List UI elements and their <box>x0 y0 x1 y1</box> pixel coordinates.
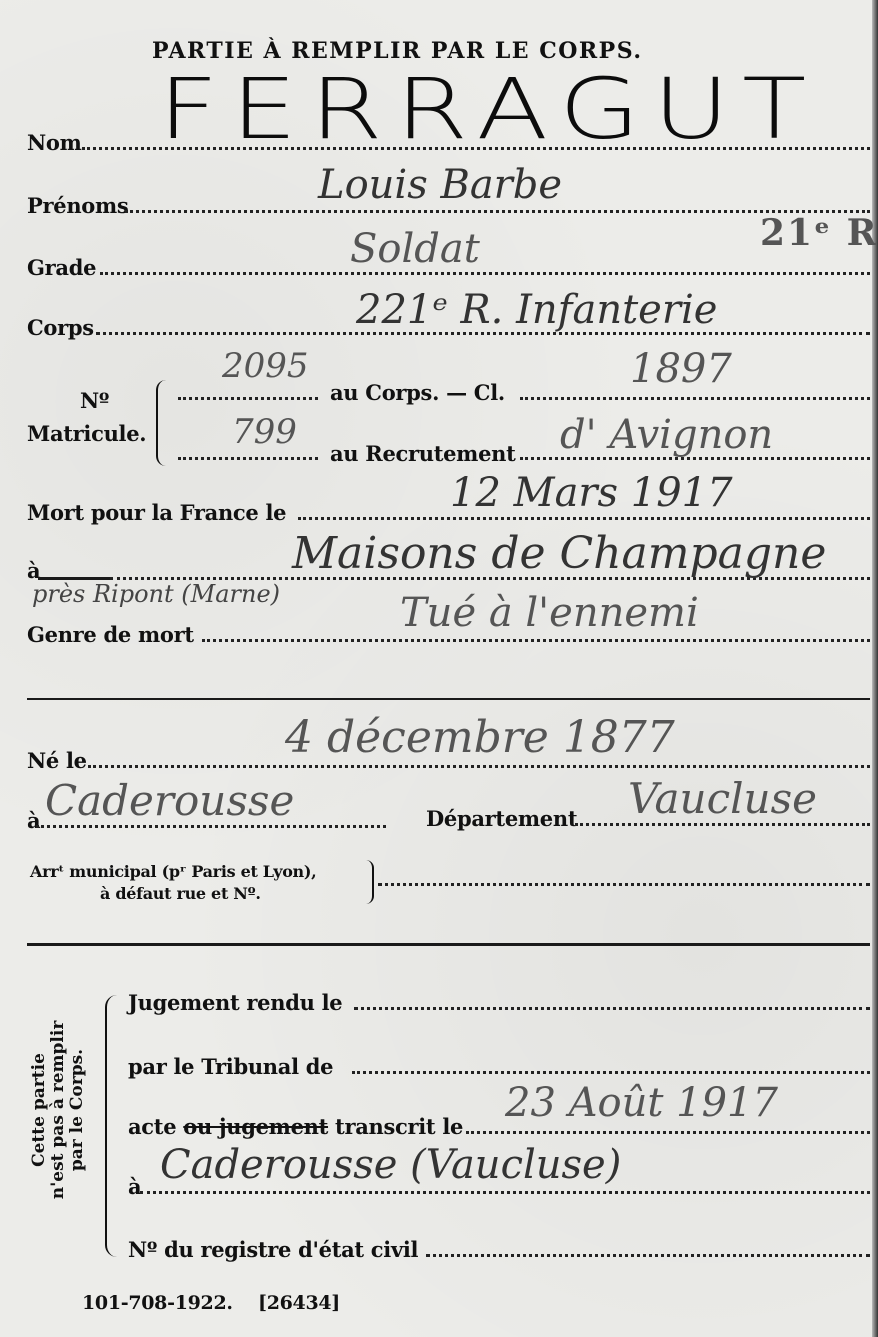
mort-label: Mort pour la France le <box>27 500 286 525</box>
ne-le-label: Né le <box>27 748 87 773</box>
arrondissement-line <box>378 883 870 886</box>
section-divider-1 <box>27 698 870 700</box>
regiment-stamp: 21ᵉ RI <box>760 212 878 254</box>
genre-mort-label: Genre de mort <box>27 622 194 647</box>
transcrit-label-struck: ou jugement <box>183 1114 328 1139</box>
classe-value: 1897 <box>630 346 732 392</box>
transcrit-label-b: transcrit le <box>335 1114 463 1139</box>
jugement-label: Jugement rendu le <box>128 990 342 1015</box>
prenoms-value: Louis Barbe <box>318 162 562 208</box>
lieu-naissance-line <box>36 825 386 828</box>
au-corps-line <box>178 397 318 400</box>
au-recrutement-label: au Recrutement <box>330 441 516 466</box>
side-note: Cette partie n'est pas à remplir par le … <box>30 1010 87 1210</box>
lieu-naissance-value: Caderousse <box>45 776 294 825</box>
genre-mort-line <box>202 639 870 642</box>
prenoms-label: Prénoms <box>27 193 128 218</box>
au-corps-label: au Corps. — Cl. <box>330 380 505 405</box>
arrondissement-brace <box>366 860 374 904</box>
tribunal-label: par le Tribunal de <box>128 1054 333 1079</box>
mort-line <box>298 517 870 520</box>
tribunal-line <box>352 1071 870 1074</box>
au-corps-value: 2095 <box>222 346 309 386</box>
arrondissement-label-1: Arrᵗ municipal (pʳ Paris et Lyon), <box>30 862 316 881</box>
genre-mort-value: Tué à l'ennemi <box>400 590 699 636</box>
lower-brace <box>105 995 117 1257</box>
jugement-line <box>354 1007 870 1010</box>
mort-value: 12 Mars 1917 <box>450 470 733 516</box>
corps-label: Corps <box>27 315 94 340</box>
transcrit-lieu-label: à <box>128 1174 141 1199</box>
ne-le-value: 4 décembre 1877 <box>285 712 675 763</box>
side-note-line-1: Cette partie <box>30 1010 49 1210</box>
matricule-label: Matricule. <box>27 421 146 446</box>
lieu-naissance-label: à <box>27 808 40 833</box>
departement-line <box>575 823 870 826</box>
matricule-no-label: Nº <box>80 388 109 413</box>
departement-label: Département <box>426 806 577 831</box>
registre-line <box>426 1254 870 1257</box>
prenoms-line <box>125 210 870 213</box>
footer-ref: [26434] <box>258 1292 340 1314</box>
transcrit-lieu-value: Caderousse (Vaucluse) <box>160 1142 621 1188</box>
grade-label: Grade <box>27 255 96 280</box>
page-edge <box>872 0 878 1337</box>
side-note-line-3: par le Corps. <box>68 1010 87 1210</box>
departement-value: Vaucluse <box>628 774 817 823</box>
classe-line <box>520 397 870 400</box>
matricule-brace <box>156 380 166 466</box>
grade-line <box>100 272 870 275</box>
nom-label: Nom <box>27 130 82 155</box>
au-recrutement-value: d' Avignon <box>560 412 773 458</box>
registre-label: Nº du registre d'état civil <box>128 1237 418 1262</box>
corps-value: 221ᵉ R. Infanterie <box>356 287 717 333</box>
lieu-mort-value: Maisons de Champagne <box>292 528 826 579</box>
transcrit-label: acte ou jugement transcrit le <box>128 1114 463 1139</box>
nom-value: FERRAGUT <box>158 60 819 158</box>
section-divider-2 <box>27 943 870 946</box>
ne-le-line <box>88 765 870 768</box>
arrondissement-label-2: à défaut rue et Nº. <box>100 884 261 903</box>
transcrit-line <box>466 1131 870 1134</box>
transcrit-value: 23 Août 1917 <box>505 1080 778 1126</box>
grade-value: Soldat <box>350 226 480 272</box>
transcrit-label-a: acte <box>128 1114 176 1139</box>
au-recrutement-number: 799 <box>232 412 297 452</box>
au-recrutement-num-line <box>178 457 318 460</box>
transcrit-lieu-line <box>140 1191 870 1194</box>
side-note-line-2: n'est pas à remplir <box>49 1010 68 1210</box>
footer-code: 101-708-1922. <box>82 1292 233 1314</box>
lieu-mort-note: près Ripont (Marne) <box>32 580 280 608</box>
